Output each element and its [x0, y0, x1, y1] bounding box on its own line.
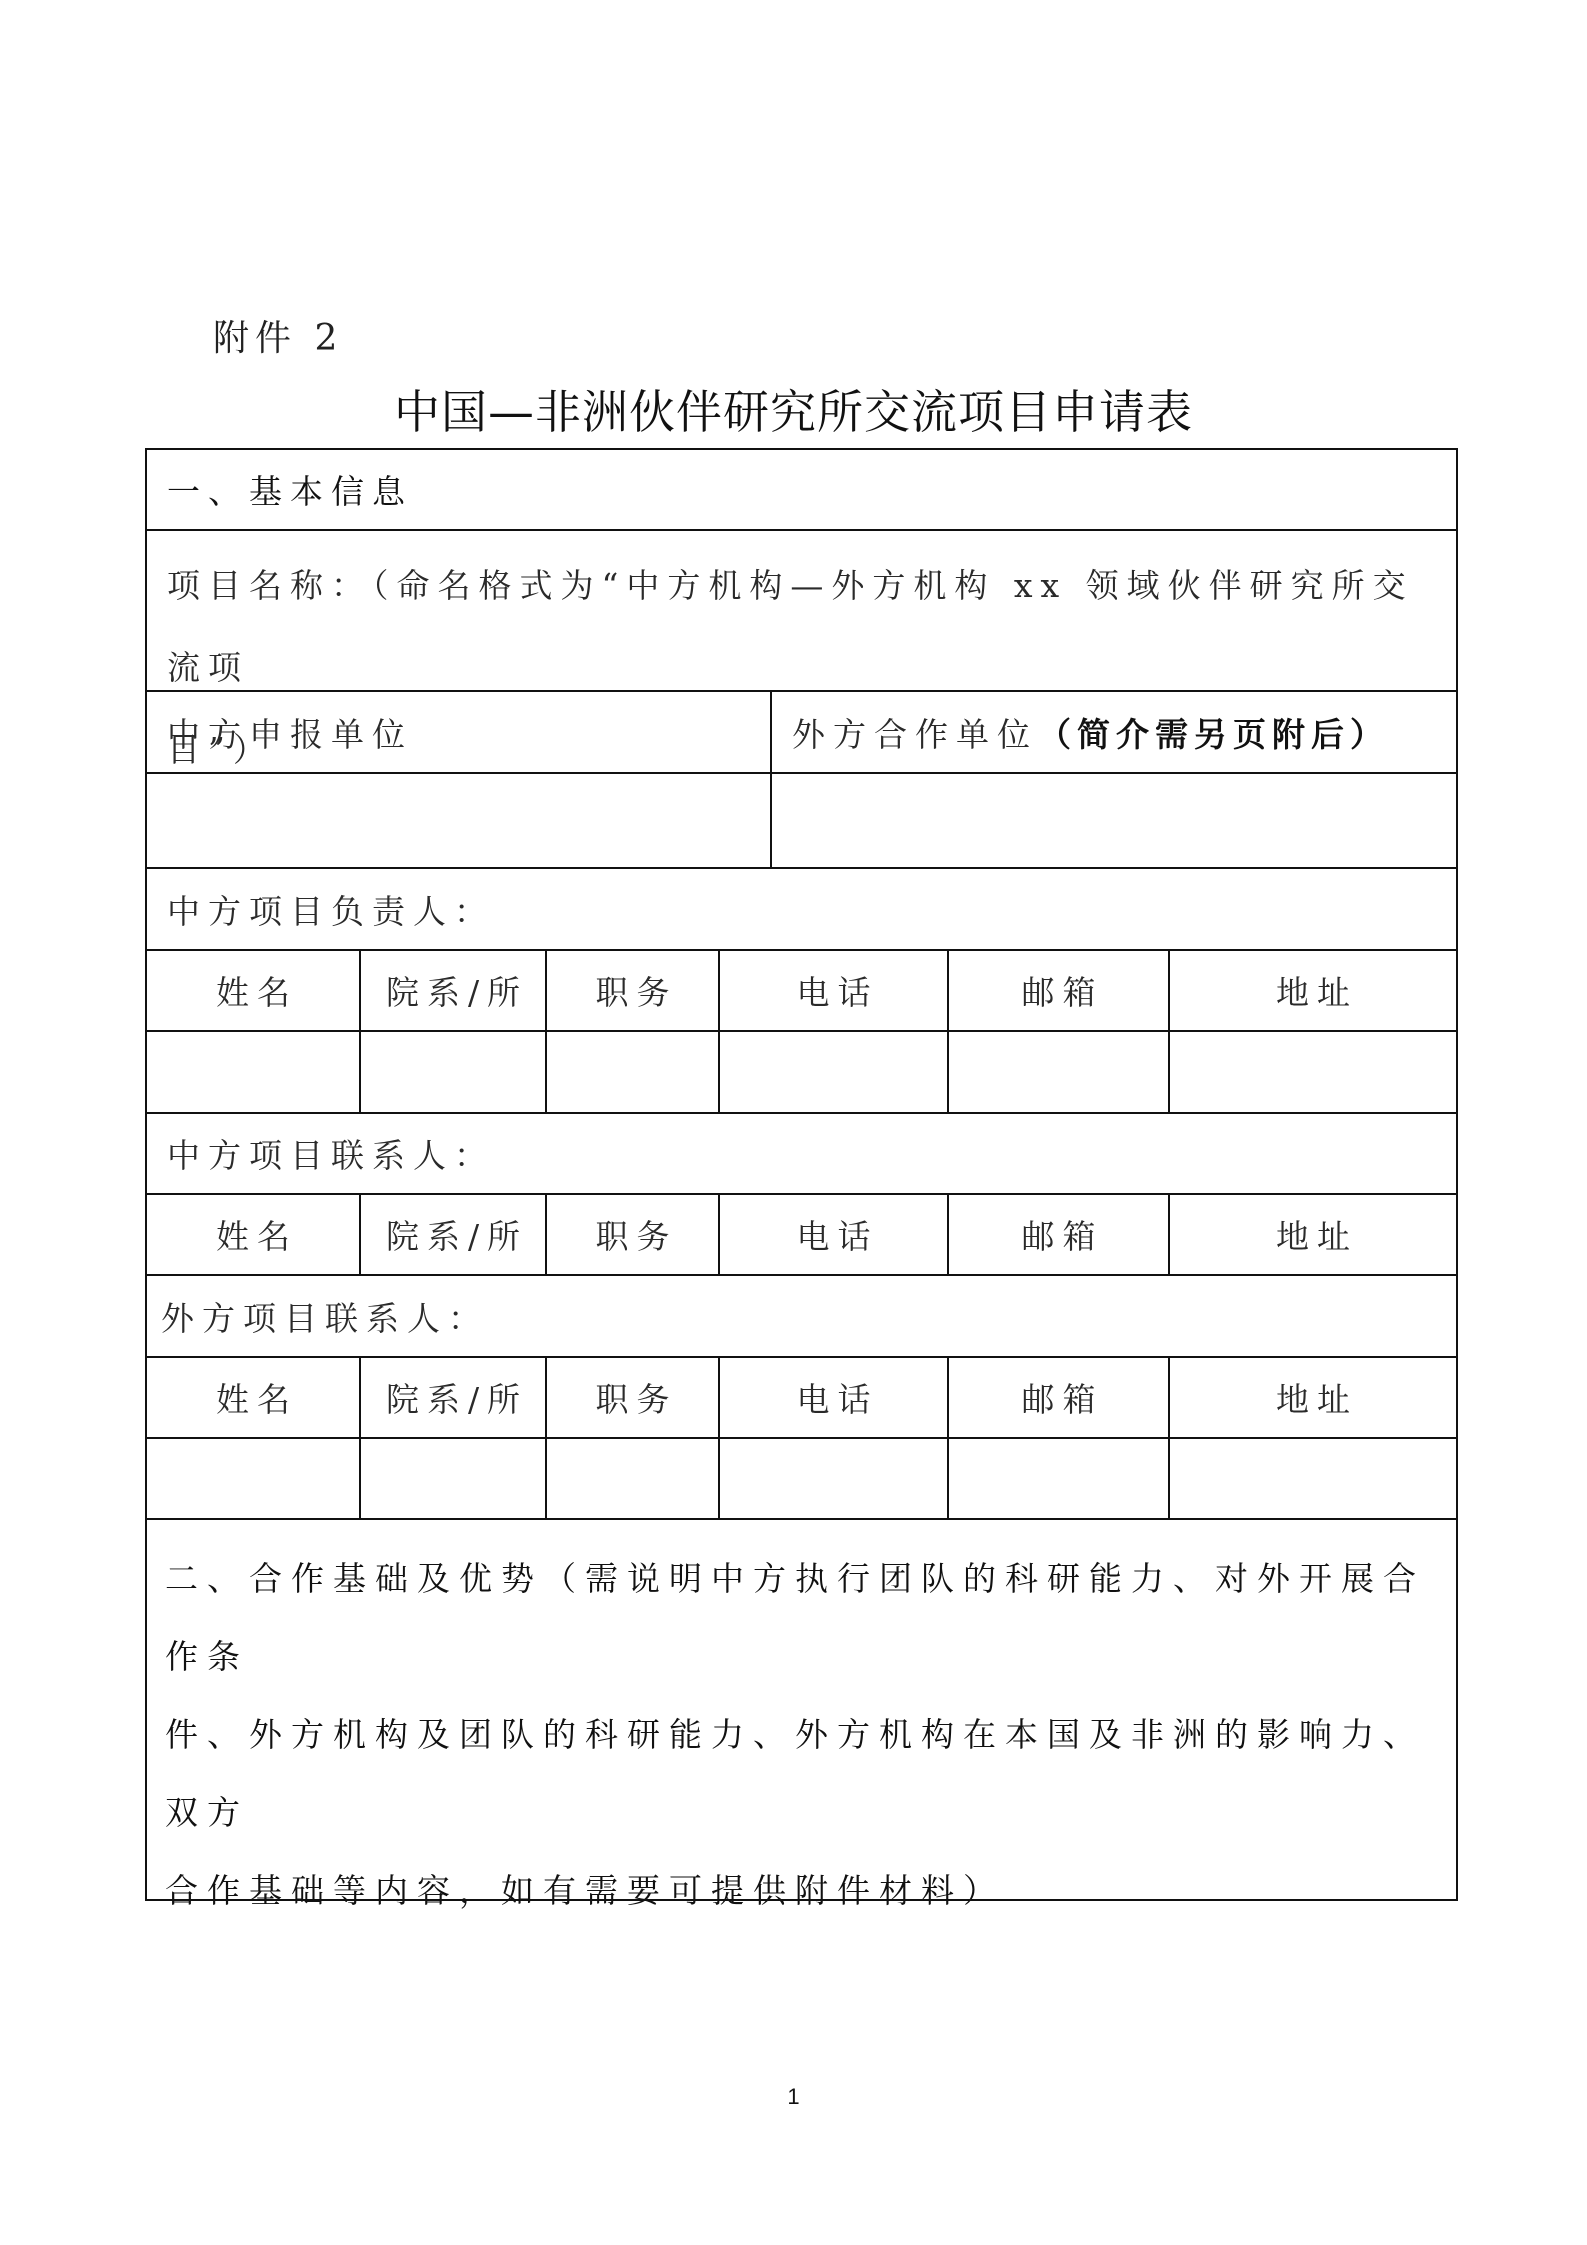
foreign-contact-phone-input[interactable] [718, 1439, 947, 1518]
col-email: 邮箱 [947, 1195, 1168, 1274]
col-position: 职务 [545, 951, 718, 1030]
col-department: 院系/所 [359, 951, 545, 1030]
chinese-contact-header-row: 姓名 院系/所 职务 电话 邮箱 地址 [147, 1195, 1456, 1276]
col-position: 职务 [545, 1195, 718, 1274]
chinese-leader-label: 中方项目负责人： [147, 869, 1456, 949]
col-name: 姓名 [147, 951, 359, 1030]
project-name-label-line1: 项目名称：（命名格式为“中方机构—外方机构 xx 领域伙伴研究所交流项 [167, 545, 1436, 709]
foreign-contact-position-input[interactable] [545, 1439, 718, 1518]
col-phone: 电话 [718, 1195, 947, 1274]
chinese-leader-header-row: 姓名 院系/所 职务 电话 邮箱 地址 [147, 951, 1456, 1032]
col-phone: 电话 [718, 951, 947, 1030]
chinese-leader-label-row: 中方项目负责人： [147, 869, 1456, 951]
foreign-unit-note: （简介需另页附后） [1038, 709, 1389, 756]
leader-name-input[interactable] [147, 1032, 359, 1112]
project-name-row[interactable]: 项目名称：（命名格式为“中方机构—外方机构 xx 领域伙伴研究所交流项 目”） [147, 531, 1456, 692]
section2-heading-line1: 二、合作基础及优势（需说明中方执行团队的科研能力、对外开展合作条 [165, 1540, 1436, 1696]
col-name: 姓名 [147, 1195, 359, 1274]
foreign-contact-department-input[interactable] [359, 1439, 545, 1518]
chinese-unit-input[interactable] [147, 774, 770, 867]
units-header-row: 中方申报单位 外方合作单位（简介需另页附后） [147, 692, 1456, 774]
chinese-unit-label: 中方申报单位 [147, 692, 770, 772]
leader-department-input[interactable] [359, 1032, 545, 1112]
foreign-unit-label: 外方合作单位 [792, 709, 1038, 756]
chinese-leader-data-row [147, 1032, 1456, 1114]
foreign-contact-name-input[interactable] [147, 1439, 359, 1518]
foreign-contact-email-input[interactable] [947, 1439, 1168, 1518]
foreign-contact-header-row: 姓名 院系/所 职务 电话 邮箱 地址 [147, 1358, 1456, 1439]
section2-heading-line3: 合作基础等内容，如有需要可提供附件材料） [165, 1852, 1436, 1930]
foreign-unit-label-cell: 外方合作单位（简介需另页附后） [770, 692, 1456, 772]
foreign-contact-label-row: 外方项目联系人： [147, 1276, 1456, 1358]
col-email: 邮箱 [947, 1358, 1168, 1437]
col-email: 邮箱 [947, 951, 1168, 1030]
col-phone: 电话 [718, 1358, 947, 1437]
chinese-contact-label: 中方项目联系人： [147, 1114, 1456, 1193]
foreign-contact-data-row [147, 1439, 1456, 1520]
page-number: 1 [0, 2084, 1587, 2110]
chinese-contact-label-row: 中方项目联系人： [147, 1114, 1456, 1195]
col-department: 院系/所 [359, 1195, 545, 1274]
col-department: 院系/所 [359, 1358, 545, 1437]
col-position: 职务 [545, 1358, 718, 1437]
section1-heading: 一、基本信息 [147, 450, 1456, 529]
leader-email-input[interactable] [947, 1032, 1168, 1112]
section2-field[interactable]: 二、合作基础及优势（需说明中方执行团队的科研能力、对外开展合作条 件、外方机构及… [147, 1520, 1456, 1899]
col-address: 地址 [1168, 1358, 1456, 1437]
leader-phone-input[interactable] [718, 1032, 947, 1112]
section2-heading-line2: 件、外方机构及团队的科研能力、外方机构在本国及非洲的影响力、双方 [165, 1696, 1436, 1852]
foreign-contact-address-input[interactable] [1168, 1439, 1456, 1518]
section1-heading-row: 一、基本信息 [147, 450, 1456, 531]
document-title: 中国—非洲伙伴研究所交流项目申请表 [0, 384, 1587, 440]
leader-address-input[interactable] [1168, 1032, 1456, 1112]
section2-row[interactable]: 二、合作基础及优势（需说明中方执行团队的科研能力、对外开展合作条 件、外方机构及… [147, 1520, 1456, 1899]
col-address: 地址 [1168, 951, 1456, 1030]
col-name: 姓名 [147, 1358, 359, 1437]
units-value-row [147, 774, 1456, 869]
foreign-contact-label: 外方项目联系人： [147, 1276, 1456, 1356]
col-address: 地址 [1168, 1195, 1456, 1274]
attachment-label: 附件 2 [213, 310, 343, 361]
foreign-unit-input[interactable] [770, 774, 1456, 867]
application-form-table: 一、基本信息 项目名称：（命名格式为“中方机构—外方机构 xx 领域伙伴研究所交… [145, 448, 1458, 1901]
leader-position-input[interactable] [545, 1032, 718, 1112]
project-name-field[interactable]: 项目名称：（命名格式为“中方机构—外方机构 xx 领域伙伴研究所交流项 目”） [147, 531, 1456, 690]
